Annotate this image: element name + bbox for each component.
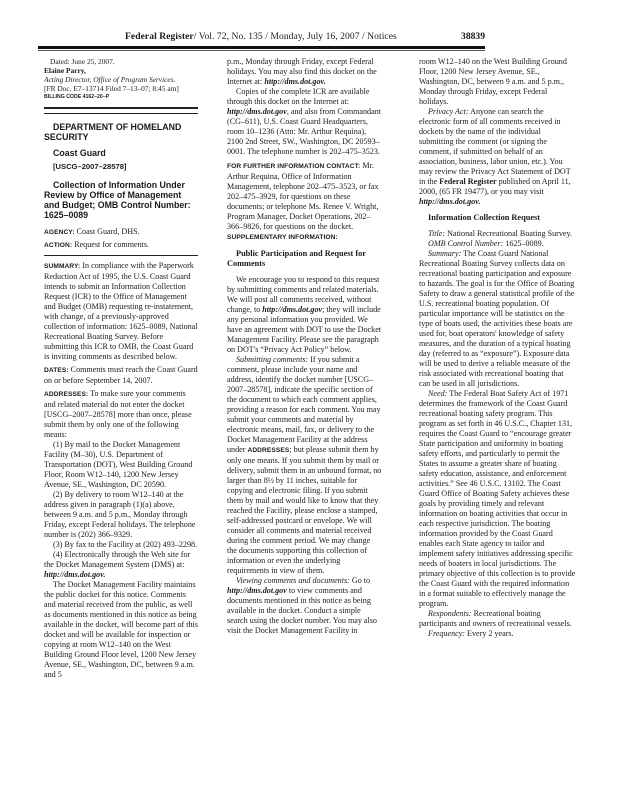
- title-field: Title: National Recreational Boating Sur…: [419, 229, 576, 239]
- frequency-field: Frequency: Every 2 years.: [419, 629, 576, 639]
- header-rule-thin: [38, 50, 485, 51]
- column-1: Dated: June 25, 2007. Elaine Parry, Acti…: [44, 57, 198, 680]
- summary-paragraph: SUMMARY: In compliance with the Paperwor…: [44, 261, 198, 362]
- submitting-paragraph: Submitting comments: If you submit a com…: [227, 355, 382, 576]
- summary2-field: Summary: The Coast Guard National Recrea…: [419, 249, 576, 389]
- public-participation-heading: Public Participation and Request for Com…: [227, 249, 382, 269]
- viewing-label: Viewing comments and documents:: [236, 576, 350, 585]
- supplementary-label: SUPPLEMENTARY INFORMATION:: [227, 234, 338, 241]
- icr-heading: Information Collection Request: [419, 213, 576, 223]
- privacy-text-a: Anyone can search the electronic form of…: [419, 107, 571, 186]
- means-1: (1) By mail to the Docket Management Fac…: [44, 440, 198, 490]
- department-heading: DEPARTMENT OF HOMELAND SECURITY: [44, 122, 198, 142]
- contact-text: Mr. Arthur Requina, Office of Informatio…: [227, 161, 379, 231]
- viewing-continued: room W12–140 on the West Building Ground…: [419, 57, 576, 107]
- billing-code: BILLING CODE 4162–20–P: [44, 93, 198, 101]
- signer-title: Acting Director, Office of Program Servi…: [44, 75, 198, 84]
- federal-register-page: Federal Register/ Vol. 72, No. 135 / Mon…: [0, 0, 622, 804]
- respondents-label: Respondents:: [428, 609, 472, 618]
- agency-text: Coast Guard, DHS.: [75, 227, 140, 236]
- issue-info: / Vol. 72, No. 135 / Monday, July 16, 20…: [194, 31, 397, 42]
- submitting-text-b: ; but please submit them by only one mea…: [227, 445, 381, 575]
- action-text: Request for comments.: [72, 240, 149, 249]
- column-3: room W12–140 on the West Building Ground…: [419, 57, 576, 639]
- respondents-field: Respondents: Recreational boating partic…: [419, 609, 576, 629]
- dms-link[interactable]: http://dms.dot.gov.: [44, 570, 106, 579]
- previous-notice-signature: Dated: June 25, 2007. Elaine Parry, Acti…: [44, 57, 198, 101]
- docket-number: [USCG–2007–28578]: [44, 162, 198, 172]
- summary2-value: The Coast Guard National Recreational Bo…: [419, 249, 575, 388]
- copies-text-a: Copies of the complete ICR are available…: [227, 87, 370, 106]
- running-header: Federal Register/ Vol. 72, No. 135 / Mon…: [38, 31, 485, 43]
- encourage-link[interactable]: http://dms.dot.gov: [262, 305, 322, 314]
- omb-label: OMB Control Number:: [428, 239, 503, 248]
- title-value: National Recreational Boating Survey.: [445, 229, 572, 238]
- page-number: 38839: [461, 31, 485, 42]
- omb-value: 1625–0089.: [503, 239, 543, 248]
- column-2: p.m., Monday through Friday, except Fede…: [227, 57, 382, 636]
- means-4-text: (4) Electronically through the Web site …: [44, 550, 190, 569]
- dated-line: Dated: June 25, 2007.: [44, 57, 198, 66]
- copies-paragraph: Copies of the complete ICR are available…: [227, 87, 382, 157]
- contact-paragraph: FOR FURTHER INFORMATION CONTACT: Mr. Art…: [227, 161, 382, 232]
- agency-heading: Coast Guard: [44, 148, 198, 158]
- means-3: (3) By fax to the Facility at (202) 493–…: [44, 540, 198, 550]
- submitting-text-a: If you submit a comment, please include …: [227, 355, 381, 454]
- submitting-label: Submitting comments:: [236, 355, 308, 364]
- viewing-paragraph: Viewing comments and documents: Go to ht…: [227, 576, 382, 636]
- viewing-link[interactable]: http://dms.dot.gov: [227, 586, 287, 595]
- summary2-label: Summary:: [428, 249, 461, 258]
- copies-link[interactable]: http://dms.dot.gov: [227, 107, 287, 116]
- privacy-paragraph: Privacy Act: Anyone can search the elect…: [419, 107, 576, 207]
- agency-label: AGENCY:: [44, 229, 75, 236]
- viewing-text-a: Go to: [350, 576, 370, 585]
- summary-label: SUMMARY:: [44, 263, 80, 270]
- docket-facility-paragraph: The Docket Management Facility maintains…: [44, 580, 198, 680]
- means-4: (4) Electronically through the Web site …: [44, 550, 198, 580]
- dates-paragraph: DATES: Comments must reach the Coast Gua…: [44, 365, 198, 386]
- frequency-value: Every 2 years.: [465, 629, 514, 638]
- title-label: Title:: [428, 229, 445, 238]
- signer-name: Elaine Parry,: [44, 66, 198, 75]
- fr-doc-line: [FR Doc. E7–13714 Filed 7–13–07; 8:45 am…: [44, 84, 198, 93]
- summary-rule: [44, 255, 198, 256]
- encourage-paragraph: We encourage you to respond to this requ…: [227, 275, 382, 355]
- need-label: Need:: [428, 389, 447, 398]
- section-separator: [44, 107, 198, 114]
- addresses-label: ADDRESSES:: [44, 391, 88, 398]
- docket-facility-text: The Docket Management Facility maintains…: [44, 580, 198, 679]
- header-rule-thick: [38, 46, 485, 49]
- supplementary-line: SUPPLEMENTARY INFORMATION:: [227, 232, 382, 243]
- addresses-paragraph: ADDRESSES: To make sure your comments an…: [44, 389, 198, 440]
- agency-line: AGENCY: Coast Guard, DHS.: [44, 227, 198, 238]
- need-field: Need: The Federal Boat Safety Act of 197…: [419, 389, 576, 609]
- frequency-label: Frequency:: [428, 629, 465, 638]
- notice-title: Collection of Information Under Review b…: [44, 180, 198, 220]
- addresses-ref: ADDRESSES: [247, 447, 289, 454]
- contact-label: FOR FURTHER INFORMATION CONTACT:: [227, 163, 360, 170]
- docket-facility-continued: p.m., Monday through Friday, except Fede…: [227, 57, 382, 87]
- need-value: The Federal Boat Safety Act of 1971 dete…: [419, 389, 575, 608]
- publication-name: Federal Register: [125, 31, 194, 42]
- means-2: (2) By delivery to room W12–140 at the a…: [44, 490, 198, 540]
- action-label: ACTION:: [44, 242, 72, 249]
- docket-link[interactable]: http://dms.dot.gov.: [264, 77, 326, 86]
- omb-field: OMB Control Number: 1625–0089.: [419, 239, 576, 249]
- dates-label: DATES:: [44, 367, 69, 374]
- header-title: Federal Register/ Vol. 72, No. 135 / Mon…: [125, 31, 397, 42]
- federal-register-ref: Federal Register: [439, 177, 496, 186]
- privacy-label: Privacy Act:: [428, 107, 469, 116]
- action-line: ACTION: Request for comments.: [44, 240, 198, 251]
- summary-text: In compliance with the Paperwork Reducti…: [44, 261, 198, 361]
- privacy-link[interactable]: http://dms.dot.gov.: [419, 197, 481, 206]
